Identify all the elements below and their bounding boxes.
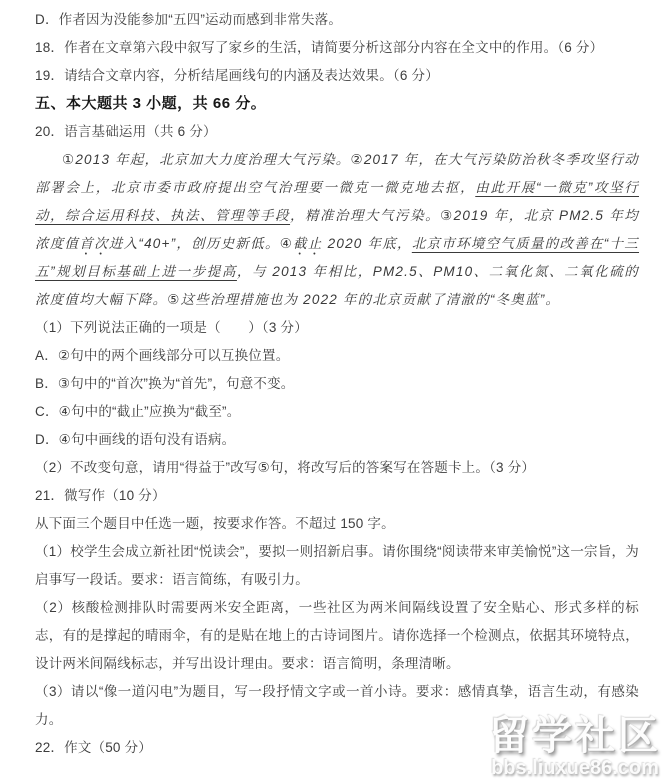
passage-underlined-segment-2: 综合运用科技、执法、管理等手段 bbox=[65, 208, 290, 223]
question-20-option-b: B．③句中的“首次”换为“首先”，句意不变。 bbox=[35, 370, 639, 398]
question-21-topic-1: （1）校学生会成立新社团“悦读会”，要拟一则招新启事。请你围绕“阅读带来审美愉悦… bbox=[35, 538, 639, 594]
prev-question-option-d: D．作者因为没能参加“五四”运动而感到非常失落。 bbox=[35, 6, 639, 34]
question-19: 19．请结合文章内容，分析结尾画线句的内涵及表达效果。（6 分） bbox=[35, 62, 639, 90]
section-5-heading: 五、本大题共 3 小题，共 66 分。 bbox=[35, 90, 639, 118]
question-18: 18．作者在文章第六段中叙写了家乡的生活，请简要分析这部分内容在全文中的作用。（… bbox=[35, 34, 639, 62]
question-20-heading: 20．语言基础运用（共 6 分） bbox=[35, 118, 639, 146]
question-20-option-a: A．②句中的两个画线部分可以互换位置。 bbox=[35, 342, 639, 370]
passage-emphasized-word-shouci: 首次 bbox=[79, 236, 109, 251]
question-20-passage: ①2013 年起，北京加大力度治理大气污染。②2017 年，在大气污染防治秋冬季… bbox=[35, 146, 639, 314]
question-21-heading: 21．微写作（10 分） bbox=[35, 482, 639, 510]
passage-segment: 进入“40+”，创历史新低。④ bbox=[109, 236, 293, 251]
question-21-topic-3: （3）请以“像一道闪电”为题目，写一段抒情文字或一首小诗。要求：感情真挚，语言生… bbox=[35, 678, 639, 734]
question-20-option-d: D．④句中画线的语句没有语病。 bbox=[35, 426, 639, 454]
passage-emphasized-word-jiezhi: 截止 bbox=[293, 236, 323, 251]
question-21-topic-2: （2）核酸检测排队时需要两米安全距离，一些社区为两米间隔线设置了安全贴心、形式多… bbox=[35, 594, 639, 678]
question-20-sub1-stem: （1）下列说法正确的一项是（ ）（3 分） bbox=[35, 314, 639, 342]
question-20-sub2: （2）不改变句意，请用“得益于”改写⑤句，将改写后的答案写在答题卡上。（3 分） bbox=[35, 454, 639, 482]
passage-segment: 2020 年底， bbox=[323, 236, 412, 251]
question-22-heading: 22．作文（50 分） bbox=[35, 734, 639, 762]
question-20-option-c: C．④句中的“截止”应换为“截至”。 bbox=[35, 398, 639, 426]
exam-paper-page: D．作者因为没能参加“五四”运动而感到非常失落。 18．作者在文章第六段中叙写了… bbox=[0, 0, 669, 783]
question-21-intro: 从下面三个题目中任选一题，按要求作答。不超过 150 字。 bbox=[35, 510, 639, 538]
